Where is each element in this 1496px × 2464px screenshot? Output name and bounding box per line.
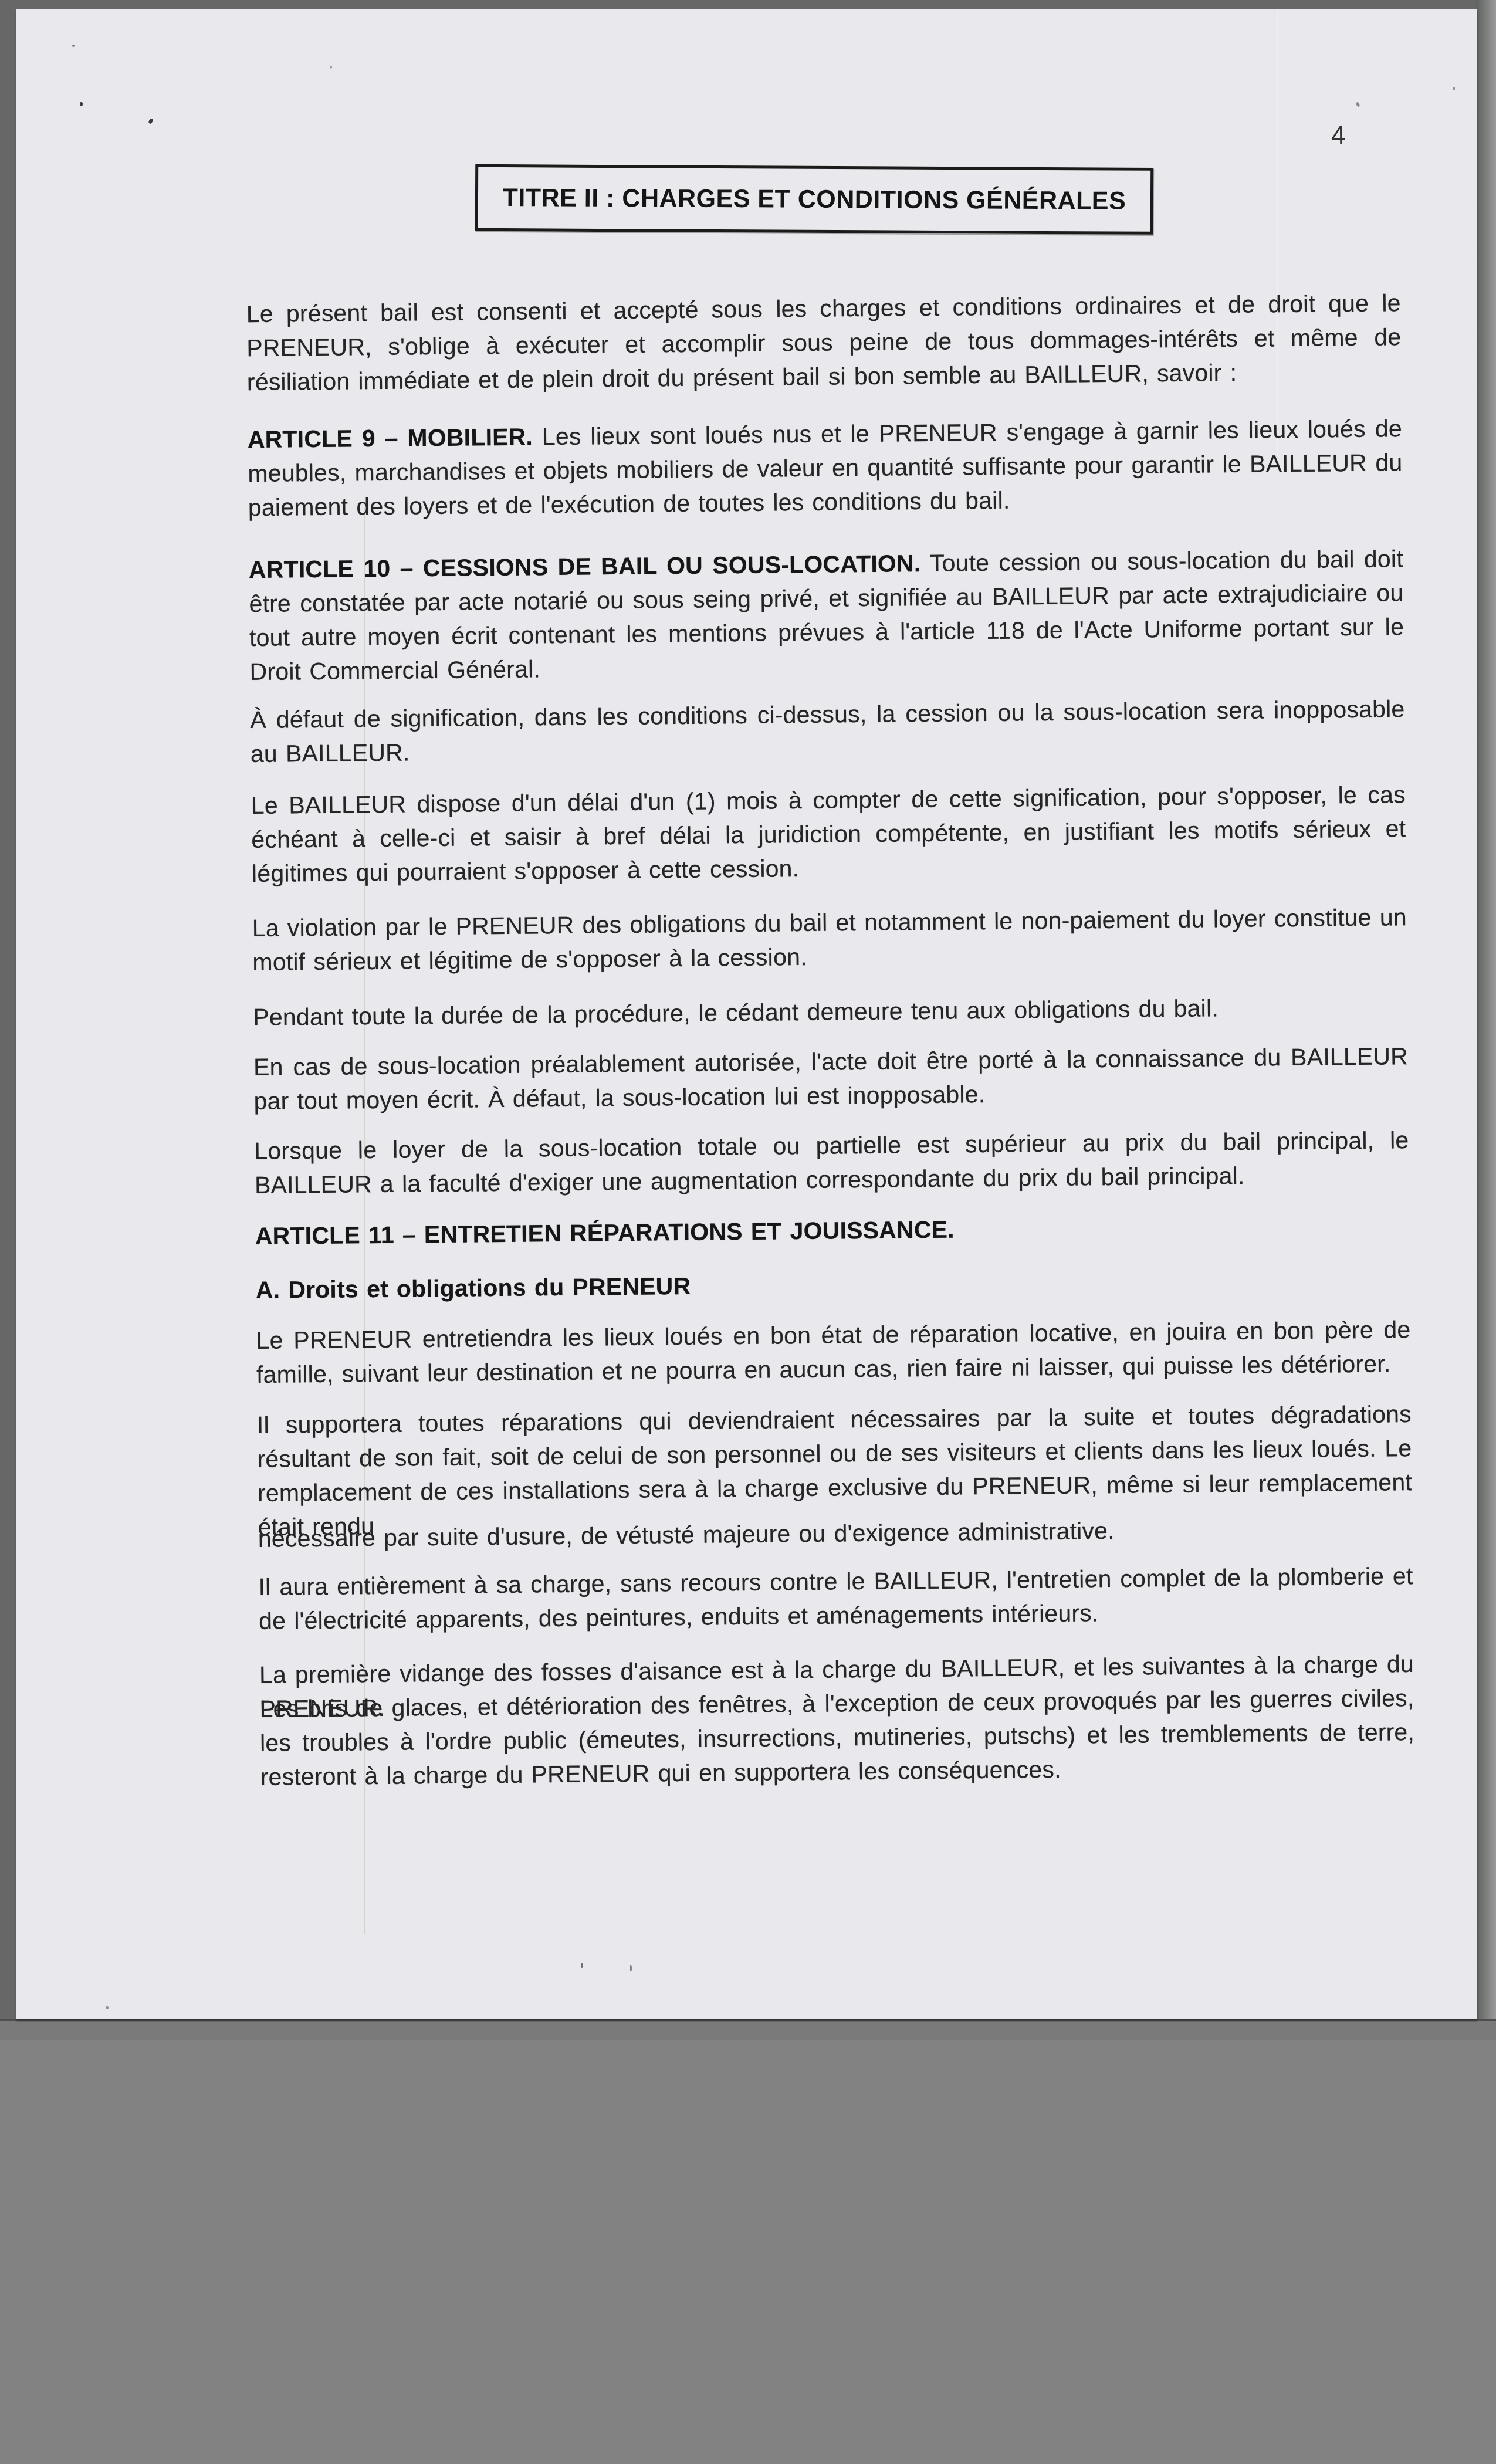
- page-content: 4 TITRE II : CHARGES ET CONDITIONS GÉNÉR…: [9, 2, 1489, 2026]
- paragraph: À défaut de signification, dans les cond…: [250, 692, 1405, 771]
- paragraph: Les bris de glaces, et détérioration des…: [259, 1681, 1415, 1794]
- paragraph: Le PRENEUR entretiendra les lieux loués …: [256, 1312, 1411, 1392]
- page-title: TITRE II : CHARGES ET CONDITIONS GÉNÉRAL…: [503, 184, 1126, 216]
- paragraph: Le BAILLEUR dispose d'un délai d'un (1) …: [251, 777, 1407, 891]
- article-10-paragraph: ARTICLE 10 – CESSIONS DE BAIL OU SOUS-LO…: [249, 541, 1404, 689]
- section-a-heading: A. Droits et obligations du PRENEUR: [255, 1262, 1410, 1307]
- paragraph: Pendant toute la durée de la procédure, …: [253, 989, 1407, 1034]
- scanned-page-background: { "colors": { "paper": "#e9e8ec", "ink":…: [0, 0, 1496, 2464]
- document-page: 4 TITRE II : CHARGES ET CONDITIONS GÉNÉR…: [16, 9, 1477, 2019]
- paragraph: Il aura entièrement à sa charge, sans re…: [258, 1559, 1413, 1638]
- paragraph: La violation par le PRENEUR des obligati…: [252, 900, 1407, 979]
- article-9-paragraph: ARTICLE 9 – MOBILIER. Les lieux sont lou…: [248, 411, 1403, 524]
- article-9-heading: ARTICLE 9 – MOBILIER.: [248, 423, 533, 453]
- page-number: 4: [1331, 121, 1346, 150]
- paragraph: En cas de sous-location préalablement au…: [253, 1039, 1409, 1118]
- paragraph: Lorsque le loyer de la sous-location tot…: [254, 1123, 1409, 1202]
- article-10-heading: ARTICLE 10 – CESSIONS DE BAIL OU SOUS-LO…: [249, 550, 921, 583]
- title-box: TITRE II : CHARGES ET CONDITIONS GÉNÉRAL…: [475, 164, 1154, 235]
- intro-paragraph: Le présent bail est consenti et accepté …: [246, 286, 1402, 399]
- article-11-heading: ARTICLE 11 – ENTRETIEN RÉPARATIONS ET JO…: [255, 1208, 1410, 1253]
